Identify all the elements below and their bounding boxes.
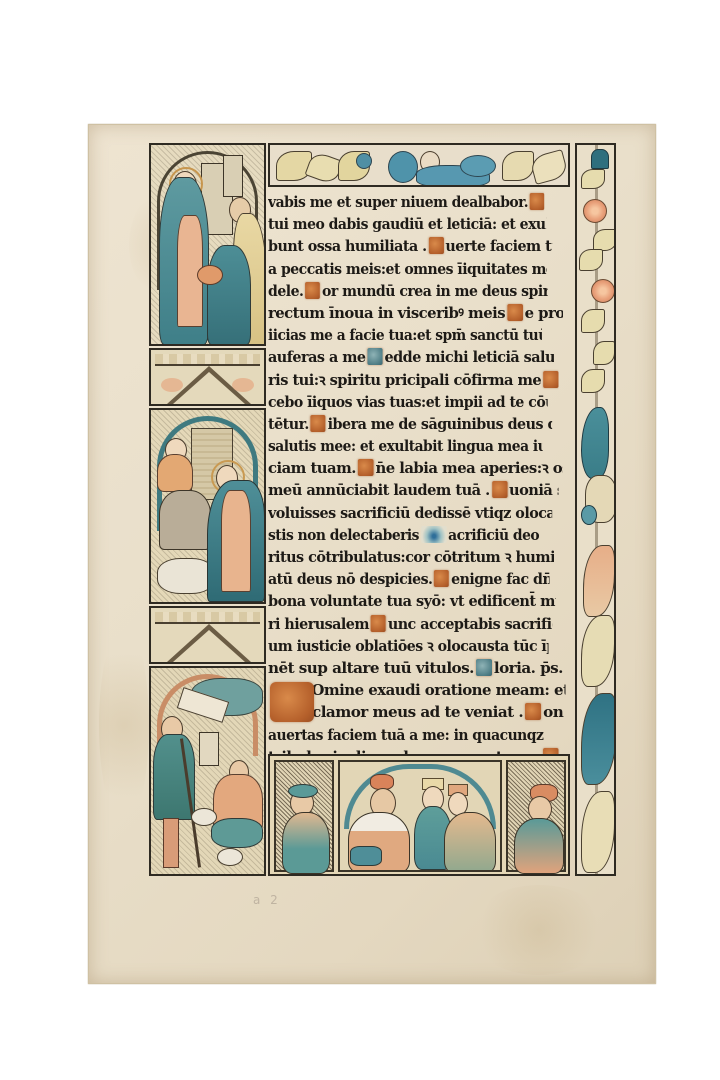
canopy-cornice xyxy=(155,612,260,624)
vine-leaf xyxy=(581,169,605,189)
blue-grotesque xyxy=(581,407,609,479)
text-line: bunt ossa humiliata .uerte faciem tuā xyxy=(268,235,552,257)
blue-boss xyxy=(581,505,597,525)
text-line: ris tui:ꝛ spiritu pricipali cōfirma meo xyxy=(268,369,559,391)
rubric-initial xyxy=(434,570,449,587)
vine-leaf xyxy=(593,341,615,365)
text-block: vabis me et super niuem dealbabor.udi tu… xyxy=(268,191,570,746)
text-line: tētur.ibera me de sāguinibus deus deꝰ xyxy=(268,413,552,435)
rubric-initial xyxy=(311,415,326,432)
woodcut-annunciation-to-shepherds xyxy=(149,666,266,876)
shepherd-legs xyxy=(163,818,179,868)
sheep xyxy=(217,848,243,866)
rubric-initial xyxy=(530,193,544,210)
foxing-stain xyxy=(99,625,149,825)
acanthus-leaf xyxy=(529,149,569,185)
prophet-robe xyxy=(514,818,564,874)
gothic-canopy-panel xyxy=(149,606,266,664)
canopy-tint xyxy=(232,378,254,392)
text-line: tui meo dabis gaudiū et leticiā: et exul… xyxy=(268,213,546,235)
king-scene xyxy=(338,760,502,872)
niche-left xyxy=(274,760,334,872)
pencil-marginalia: a 2 xyxy=(253,893,281,907)
blue-acanthus xyxy=(581,693,616,785)
gothic-canopy-panel xyxy=(149,348,266,406)
grotesque-mane xyxy=(388,151,418,183)
top-border-acanthus xyxy=(268,143,570,187)
text-line: stis non delectaberisacrificiū deo spi- xyxy=(268,524,543,546)
king-sleeve-teal xyxy=(350,846,382,866)
hands xyxy=(197,265,223,285)
acanthus-leaf xyxy=(581,791,615,873)
blue-initial xyxy=(476,659,492,676)
text-line: um iusticie oblatiōes ꝛ olocausta tūc īp… xyxy=(268,635,549,657)
bottom-woodcut-strip xyxy=(268,754,570,876)
text-line: dele.or mundū crea in me deus spiritū xyxy=(268,280,548,302)
text-line: iicias me a facie tua:et spm̄ sanctū tuū… xyxy=(268,324,542,346)
blue-flower-bud xyxy=(591,149,609,169)
rubric-initial xyxy=(525,703,541,720)
blue-initial xyxy=(367,348,382,365)
stained-initial xyxy=(421,526,447,543)
acanthus-leaf xyxy=(581,615,615,687)
text-line: auferas a meedde michi leticiā saluta xyxy=(268,346,554,368)
text-line: auertas faciem tuā a me: in quacunqz die xyxy=(268,724,544,746)
figure-robe-orange xyxy=(157,454,193,492)
vine-leaf xyxy=(581,369,605,393)
right-border-vine xyxy=(575,143,616,876)
pink-flower xyxy=(583,199,607,223)
text-line: salutis mee: et exultabit lingua mea ius… xyxy=(268,435,543,457)
text-line: vabis me et super niuem dealbabor.udi xyxy=(268,191,544,213)
prophet-hat-teal xyxy=(288,784,318,798)
rubric-initial xyxy=(492,481,507,498)
text-line: cebo īiquos vias tuas:et impii ad te cōu… xyxy=(268,391,548,413)
rubric-initial xyxy=(428,237,443,254)
niche-right xyxy=(506,760,566,872)
canopy-cornice xyxy=(155,354,260,366)
rubric-initial xyxy=(358,459,374,476)
shepherd-legs-teal xyxy=(211,818,263,848)
gable-arch-inner xyxy=(173,630,245,662)
woodcut-visitation xyxy=(149,143,266,346)
ox xyxy=(159,490,211,550)
town-tower xyxy=(199,732,219,766)
text-line: voluisses sacrificiū dedissē vtiqz oloca… xyxy=(268,502,552,524)
text-line: atū deus nō despicies.enigne fac dn̄e ī xyxy=(268,568,549,590)
text-line: ciam tuam.n̄e labia mea aperies:ꝛ os xyxy=(268,457,563,479)
text-line: ritus cōtribulatus:cor cōtritum ꝛ humili… xyxy=(268,546,554,568)
text-line: meū annūciabit laudem tuā .uoniā si xyxy=(268,479,559,501)
acanthus-leaf xyxy=(502,151,534,181)
city-tower xyxy=(223,155,243,197)
woodcut-nativity xyxy=(149,408,266,604)
rubric-initial xyxy=(507,304,523,321)
rubric-initial xyxy=(543,371,558,388)
prophet-robe xyxy=(282,812,330,874)
text-line: a peccatis meis:et omnes īiquitates meas xyxy=(268,258,547,280)
blue-bud xyxy=(356,153,372,169)
grotesque-hind xyxy=(460,155,496,177)
attendant-robe xyxy=(444,812,496,872)
sheep xyxy=(191,808,217,826)
orange-acanthus xyxy=(583,545,615,617)
vine-leaf xyxy=(579,249,603,271)
vine-leaf xyxy=(593,229,616,251)
foxing-stain xyxy=(469,885,609,975)
text-line: bona voluntate tua syō: vt edificent̄ mu… xyxy=(268,590,556,612)
vine-leaf xyxy=(581,309,605,333)
text-line: ri hierusalemunc acceptabis sacrifici- xyxy=(268,613,552,635)
text-line: rectum īnoua in visceribꝰ meise pro- xyxy=(268,302,563,324)
figure-robe xyxy=(221,490,251,592)
text-line: nēt sup altare tuū vitulos.loria. p̄s. xyxy=(268,657,570,679)
canopy-tint xyxy=(161,378,183,392)
rubric-initial xyxy=(371,615,386,632)
pink-flower xyxy=(591,279,615,303)
figure-mantle-blue xyxy=(207,245,251,345)
rubric-initial xyxy=(305,282,320,299)
large-rubric-initial-D xyxy=(270,682,314,722)
